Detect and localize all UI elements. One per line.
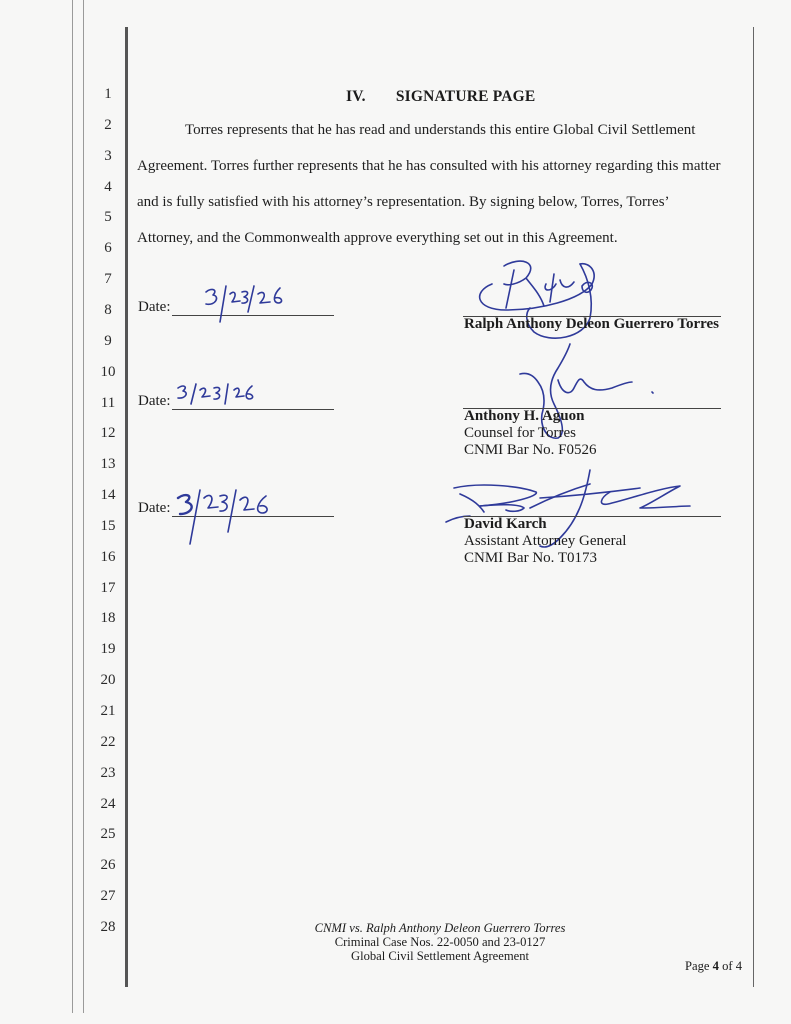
section-number: IV. (346, 88, 366, 105)
signer-bar-number: CNMI Bar No. T0173 (464, 550, 597, 567)
handwritten-date (176, 382, 256, 408)
section-heading: IV. SIGNATURE PAGE (346, 88, 535, 106)
line-number: 26 (96, 857, 120, 874)
handwritten-date (174, 488, 264, 548)
date-label: Date: (138, 393, 170, 410)
line-number: 2 (96, 117, 120, 134)
line-number: 25 (96, 826, 120, 843)
line-number: 24 (96, 796, 120, 813)
line-number: 1 (96, 86, 120, 103)
page-total: 4 (736, 959, 742, 973)
footer-case-numbers: Criminal Case Nos. 22-0050 and 23-0127 (280, 935, 600, 949)
body-line-3: and is fully satisfied with his attorney… (137, 194, 670, 211)
line-number: 5 (96, 209, 120, 226)
line-number-rule (125, 27, 128, 987)
signature-torres (470, 258, 610, 348)
signer-name: Ralph Anthony Deleon Guerrero Torres (464, 316, 719, 333)
page-number: Page 4 of 4 (685, 959, 742, 974)
line-number: 17 (96, 580, 120, 597)
line-number: 21 (96, 703, 120, 720)
line-number: 27 (96, 888, 120, 905)
body-line-4: Attorney, and the Commonwealth approve e… (137, 230, 618, 247)
line-number: 16 (96, 549, 120, 566)
date-label: Date: (138, 299, 170, 316)
line-number: 14 (96, 487, 120, 504)
section-title: SIGNATURE PAGE (396, 88, 536, 105)
signer-title: Assistant Attorney General (464, 533, 626, 550)
line-number: 28 (96, 919, 120, 936)
body-line-1: Torres represents that he has read and u… (185, 122, 695, 139)
date-line (172, 409, 334, 410)
line-number: 18 (96, 610, 120, 627)
line-number: 4 (96, 179, 120, 196)
line-number: 10 (96, 364, 120, 381)
line-number: 22 (96, 734, 120, 751)
signer-title: Counsel for Torres (464, 425, 576, 442)
line-number: 3 (96, 148, 120, 165)
inner-margin-line (83, 0, 84, 1013)
footer-doc-title: Global Civil Settlement Agreement (280, 949, 600, 963)
handwritten-date (200, 284, 290, 324)
line-number: 20 (96, 672, 120, 689)
footer-caption: CNMI vs. Ralph Anthony Deleon Guerrero T… (280, 921, 600, 935)
line-number: 8 (96, 302, 120, 319)
signer-name: David Karch (464, 516, 547, 533)
signer-bar-number: CNMI Bar No. F0526 (464, 442, 597, 459)
body-line-2: Agreement. Torres further represents tha… (137, 158, 721, 175)
right-margin-rule (753, 27, 754, 987)
signer-name: Anthony H. Aguon (464, 408, 584, 425)
line-number: 12 (96, 425, 120, 442)
date-label: Date: (138, 500, 170, 517)
line-number: 7 (96, 271, 120, 288)
outer-margin-line (72, 0, 73, 1013)
line-number: 11 (96, 395, 120, 412)
line-number: 19 (96, 641, 120, 658)
line-number: 23 (96, 765, 120, 782)
line-number: 13 (96, 456, 120, 473)
line-number: 15 (96, 518, 120, 535)
footer: CNMI vs. Ralph Anthony Deleon Guerrero T… (280, 921, 600, 963)
line-number: 6 (96, 240, 120, 257)
line-number: 9 (96, 333, 120, 350)
